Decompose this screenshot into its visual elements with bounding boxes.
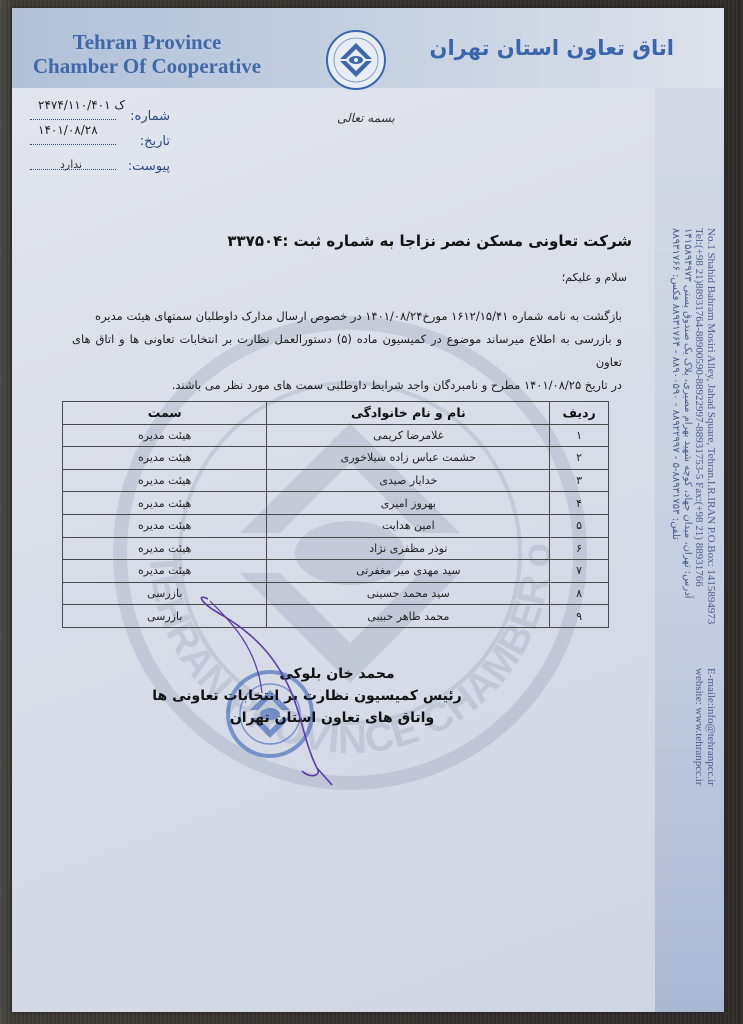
- table-row: ۵ امین هدایت هیئت مدیره: [63, 514, 609, 537]
- table-row: ۸ سید محمد حسینی بازرسی: [63, 582, 609, 605]
- chamber-logo-icon: [325, 29, 387, 91]
- meta-date-row: تاریخ: ۱۴۰۱/۰۸/۲۸: [30, 125, 170, 150]
- cell-no: ۷: [550, 560, 609, 583]
- cell-role: بازرسی: [63, 582, 267, 605]
- letterhead-english-title: Tehran Province Chamber Of Cooperative: [32, 30, 262, 78]
- cell-role: هیئت مدیره: [63, 492, 267, 515]
- letter-page: Tehran Province Chamber Of Cooperative ا…: [12, 8, 724, 1012]
- cell-role: هیئت مدیره: [63, 424, 267, 447]
- table-row: ۳ خدایار صیدی هیئت مدیره: [63, 469, 609, 492]
- cell-no: ۶: [550, 537, 609, 560]
- address-english: No.1 Shahid Bahram Mosiri Alley, Jahad S…: [705, 228, 717, 624]
- letter-subject: شرکت تعاونی مسکن نصر نزاجا به شماره ثبت …: [227, 232, 632, 250]
- cell-name: نوذر مظفری نژاد: [267, 537, 550, 560]
- attachment-value: ندارد: [60, 158, 82, 171]
- cell-name: خدایار صیدی: [267, 469, 550, 492]
- meta-attachment-row: پیوست: ندارد: [30, 150, 170, 175]
- cell-role: هیئت مدیره: [63, 514, 267, 537]
- cell-no: ۳: [550, 469, 609, 492]
- body-line: و بازرسی به اطلاع میرساند موضوع در کمیسی…: [72, 328, 622, 374]
- cell-name: سید محمد حسینی: [267, 582, 550, 605]
- table-row: ۷ سید مهدی میر مغفرتی هیئت مدیره: [63, 560, 609, 583]
- candidates-table: ردیف نام و نام خانوادگی سمت ۱ غلامرضا کر…: [62, 401, 609, 628]
- website-link[interactable]: website: www.tehranpcc.ir: [693, 668, 705, 786]
- phone-persian: تلفن: ۸۸۹۳۱۷۵۳-۵ - ۸۸۹۲۲۹۹۷ - ۸۸۹۰۰۵۹۰ -…: [670, 228, 681, 540]
- table-row: ۲ حشمت عباس زاده سیلاخوری هیئت مدیره: [63, 447, 609, 470]
- meta-number-row: شماره: ۲۴۷۴/ک ۱۱۰/۴۰۱: [30, 100, 170, 125]
- letterhead-persian-title: اتاق تعاون استان تهران: [430, 36, 674, 60]
- cell-name: حشمت عباس زاده سیلاخوری: [267, 447, 550, 470]
- en-title-line2: Chamber Of Cooperative: [32, 54, 262, 78]
- signatory-name: محمد خان بلوکی: [112, 663, 502, 685]
- cell-role: هیئت مدیره: [63, 560, 267, 583]
- table-row: ۹ محمد طاهر حبیبی بازرسی: [63, 605, 609, 628]
- po-box-persian: صندوق پستی ۱۴۱۵۸۹۴۹۷۳: [682, 228, 693, 340]
- letter-date: ۱۴۰۱/۰۸/۲۸: [38, 123, 98, 137]
- greeting: سلام و علیکم؛: [562, 271, 627, 284]
- cell-name: سید مهدی میر مغفرتی: [267, 560, 550, 583]
- cell-role: بازرسی: [63, 605, 267, 628]
- cell-no: ۹: [550, 605, 609, 628]
- cell-no: ۸: [550, 582, 609, 605]
- body-line: بازگشت به نامه شماره ۱۶۱۲/۱۵/۴۱ مورخ۱۴۰۱…: [72, 305, 622, 328]
- table-row: ۶ نوذر مظفری نژاد هیئت مدیره: [63, 537, 609, 560]
- email-link[interactable]: E-maile:info@tehranpcc.ir: [705, 668, 717, 786]
- cell-name: بهروز امیری: [267, 492, 550, 515]
- attachment-label: پیوست:: [128, 159, 170, 174]
- cell-name: محمد طاهر حبیبی: [267, 605, 550, 628]
- signatory-title-line1: رئیس کمیسیون نظارت بر انتخابات تعاونی ها: [112, 685, 502, 707]
- number-label: شماره:: [130, 109, 170, 124]
- header-name: نام و نام خانوادگی: [267, 402, 550, 425]
- cell-role: هیئت مدیره: [63, 447, 267, 470]
- date-label: تاریخ:: [140, 134, 170, 149]
- cell-no: ۱: [550, 424, 609, 447]
- cell-no: ۴: [550, 492, 609, 515]
- letter-meta: شماره: ۲۴۷۴/ک ۱۱۰/۴۰۱ تاریخ: ۱۴۰۱/۰۸/۲۸ …: [30, 100, 170, 175]
- cell-no: ۵: [550, 514, 609, 537]
- letter-body: بازگشت به نامه شماره ۱۶۱۲/۱۵/۴۱ مورخ۱۴۰۱…: [72, 305, 622, 397]
- address-persian: آدرس: تهران، میدان جهاد، کوچه شهید بهرام…: [682, 343, 693, 598]
- en-title-line1: Tehran Province: [32, 30, 262, 54]
- dotted-line: [30, 138, 116, 145]
- header-role: سمت: [63, 402, 267, 425]
- cell-role: هیئت مدیره: [63, 469, 267, 492]
- cell-no: ۲: [550, 447, 609, 470]
- table-row: ۴ بهروز امیری هیئت مدیره: [63, 492, 609, 515]
- cell-role: هیئت مدیره: [63, 537, 267, 560]
- besmeh-heading: بسمه تعالی: [337, 111, 395, 125]
- table-row: ۱ غلامرضا کریمی هیئت مدیره: [63, 424, 609, 447]
- letter-number: ۲۴۷۴/ک ۱۱۰/۴۰۱: [38, 98, 125, 112]
- signatory-title-line2: واتاق های تعاون استان تهران: [112, 707, 502, 729]
- signature-block: محمد خان بلوکی رئیس کمیسیون نظارت بر انت…: [112, 663, 502, 729]
- cell-name: امین هدایت: [267, 514, 550, 537]
- body-line: در تاریخ ۱۴۰۱/۰۸/۲۵ مطرح و نامبردگان واج…: [72, 374, 622, 397]
- header-no: ردیف: [550, 402, 609, 425]
- tel-fax-english: Tel:(+98 21)88931764-88900590-88922997-8…: [693, 228, 705, 587]
- contact-strip: No.1 Shahid Bahram Mosiri Alley, Jahad S…: [655, 88, 724, 1012]
- dotted-line: [30, 113, 116, 120]
- table-header-row: ردیف نام و نام خانوادگی سمت: [63, 402, 609, 425]
- cell-name: غلامرضا کریمی: [267, 424, 550, 447]
